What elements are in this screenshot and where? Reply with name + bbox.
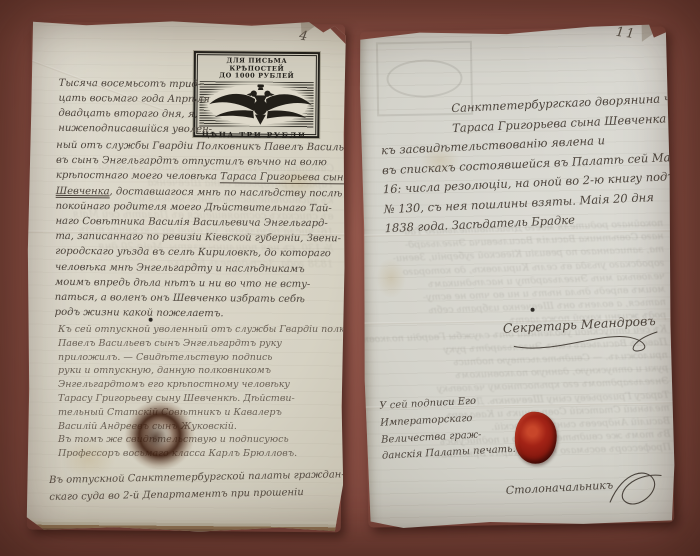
clerk-signature-flourish bbox=[603, 465, 668, 512]
name-line-prefix: крѣпостнаго моего человѣка bbox=[56, 170, 220, 182]
stamp-price-text: ЦѢНА ТРИ РУБЛИ. bbox=[197, 127, 315, 140]
clerk-title-text: Столоначальникъ bbox=[505, 478, 613, 497]
handwritten-line: родъ жизни какой пожелаетъ. bbox=[55, 305, 335, 323]
paper-stain bbox=[61, 439, 115, 479]
attestation-line: Энгельгардтомъ его крѣпостному человѣку bbox=[58, 378, 338, 392]
paper-stain bbox=[274, 167, 320, 197]
attestation-line: тельный Статскій Совѣтникъ и Кавалеръ bbox=[58, 406, 338, 420]
handwritten-line: двадцать втораго дня, я, bbox=[58, 106, 192, 122]
photograph-of-document: { "colors": { "mat_background": "#80483e… bbox=[0, 0, 700, 556]
attestation-line: Павелъ Васильевъ сынъ Энгельгардтъ руку bbox=[58, 337, 338, 351]
attestation-line: руки и отпускную, данную полковникомъ bbox=[58, 364, 338, 378]
underlined-surname: Шевченка bbox=[56, 185, 110, 197]
ink-spot bbox=[531, 308, 535, 312]
right-manuscript-page: 11 покойнаго родителя моего Дѣйствительн… bbox=[358, 23, 677, 530]
stacked-sheet-edges bbox=[25, 519, 343, 536]
attestation-line: Тарасу Григорьеву сыну Шевченкѣ. Дѣйстви… bbox=[58, 392, 338, 406]
manuscript-opening-lines: Тысяча восемьсотъ трид-цать восьмаго год… bbox=[58, 76, 193, 137]
attestation-line: Къ сей отпускной уволенный отъ службы Гв… bbox=[58, 323, 338, 337]
ink-spot bbox=[149, 318, 153, 322]
body-lines-a: ный отъ службы Гвардіи Полковникъ Павелъ… bbox=[56, 138, 336, 171]
double-headed-eagle-icon bbox=[205, 82, 313, 127]
clerk-signature: Столоначальникъ bbox=[505, 478, 613, 497]
revenue-stamp-frame: ДЛЯ ПИСЬМА КРѢПОСТЕЙ ДО 1000 РУБЛЕЙ bbox=[196, 54, 317, 135]
stamp-emblem-area bbox=[199, 81, 313, 128]
body-lines-b: покойнаго родителя моего Дѣйствительнаго… bbox=[55, 199, 336, 323]
stamp-header-line2: ДО 1000 РУБЛЕЙ bbox=[198, 72, 316, 81]
handwritten-line: цать восьмаго года Апрѣля bbox=[58, 91, 192, 107]
handwritten-line: нижеподписавшійся уволен- bbox=[58, 121, 192, 137]
ink-blot-seal bbox=[120, 395, 199, 478]
attestation-line: приложилъ. — Свидѣтельствую подпись bbox=[58, 351, 338, 365]
right-page-number: 11 bbox=[615, 25, 637, 42]
seal-caption: У сей подписи ЕгоИмператорскагоВеличеств… bbox=[379, 392, 516, 466]
stamp-bleedthrough-oval bbox=[386, 59, 463, 98]
left-manuscript-page: Санктпетербургскаго дворянина человѣкаТа… bbox=[25, 19, 347, 536]
